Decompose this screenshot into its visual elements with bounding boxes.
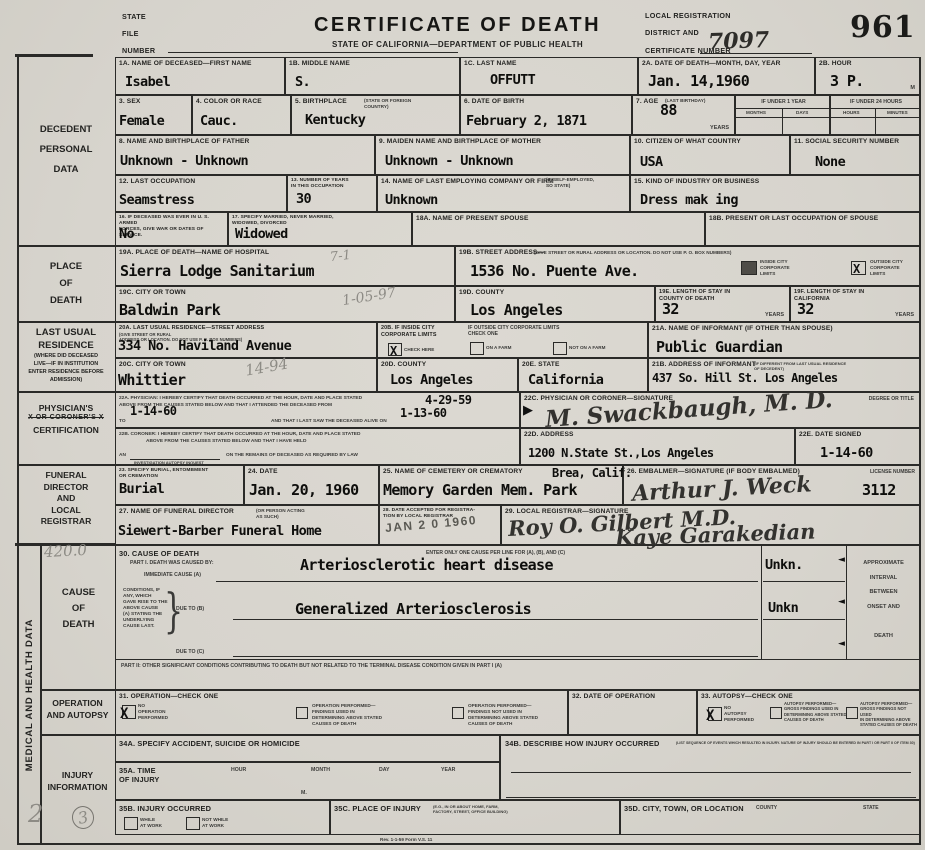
no-autopsy-mark: X: [706, 709, 714, 723]
field-34b-sublabel: (LIST SEQUENCE OF EVENTS WHICH RESULTED …: [676, 741, 916, 745]
field-19e-value: 32: [662, 302, 679, 317]
hour-label: HOUR: [231, 767, 246, 774]
field-1b-value: S.: [295, 76, 310, 90]
cause-c-underline: [233, 656, 758, 657]
cause-a-underline: [216, 581, 758, 582]
field-33: 33. AUTOPSY—CHECK ONE X NO AUTOPSY PERFO…: [697, 690, 920, 735]
field-30-label: 30. CAUSE OF DEATH: [119, 549, 199, 558]
pencil-mark-2: 2: [28, 800, 43, 828]
field-22a-from-date: 4-29-59: [425, 394, 471, 406]
interval-b-value: Unkn: [768, 602, 798, 616]
field-21a-value: Public Guardian: [656, 340, 782, 355]
field-34b-label: 34B. DESCRIBE HOW INJURY OCCURRED: [505, 739, 659, 748]
month-label: MONTH: [311, 767, 330, 774]
field-11-value: None: [815, 156, 845, 170]
field-12-label: 12. LAST OCCUPATION: [119, 178, 195, 186]
form-revision-footer: Rev. 1-1-59 Form V.S. 11: [380, 837, 432, 843]
field-35c-sublabel: (E.G., IN OR ABOUT HOME, FARM, FACTORY, …: [433, 804, 508, 814]
sidebar-coroner-struck-label: X OR CORONER'S X: [17, 414, 115, 421]
divider: [875, 108, 876, 134]
autopsy-findings-used-checkbox: [770, 707, 782, 719]
day-label: DAY: [379, 767, 389, 774]
field-35c-label: 35C. PLACE OF INJURY: [334, 804, 421, 813]
field-9-value: Unknown - Unknown: [385, 155, 513, 169]
interval-a-value: Unkn.: [765, 559, 803, 573]
sidebar-certification-label: CERTIFICATION: [17, 425, 115, 437]
not-while-at-work-checkbox: [186, 817, 200, 830]
field-8-value: Unknown - Unknown: [120, 155, 248, 169]
sidebar-physician-label: PHYSICIAN'S: [17, 403, 115, 415]
divider: [782, 108, 783, 134]
sidebar-divider: [42, 734, 115, 736]
degree-or-title-label: DEGREE OR TITLE: [869, 396, 914, 402]
sidebar-divider: [17, 321, 115, 323]
cause-a-value: Arteriosclerotic heart disease: [300, 558, 553, 573]
check-here-mark: X: [390, 345, 397, 357]
district-and-label: DISTRICT AND: [645, 29, 699, 36]
interval-header: APPROXIMATE INTERVAL BETWEEN ONSET AND D…: [848, 556, 919, 643]
operation-findings-used-label: OPERATION PERFORMED— FINDINGS USED IN DE…: [312, 703, 382, 727]
field-11: 11. SOCIAL SECURITY NUMBER: [790, 135, 920, 175]
field-31-label: 31. OPERATION—CHECK ONE: [119, 693, 218, 701]
field-11-label: 11. SOCIAL SECURITY NUMBER: [794, 138, 899, 146]
field-33-label: 33. AUTOPSY—CHECK ONE: [701, 693, 793, 701]
field-7b-days-label: DAYS: [796, 110, 808, 116]
field-19a-value: Sierra Lodge Sanitarium: [120, 264, 314, 279]
field-22b-line3: AN: [119, 453, 126, 459]
field-1b-label: 1B. MIDDLE NAME: [289, 60, 350, 68]
sidebar-decedent-label: DECEDENT PERSONAL DATA: [17, 120, 115, 180]
field-31: 31. OPERATION—CHECK ONE X NO OPERATION P…: [115, 690, 568, 735]
field-22d-label: 22D. ADDRESS: [524, 431, 574, 439]
field-19f-value: 32: [797, 302, 814, 317]
field-35a-label: 35A. TIME OF INJURY: [119, 766, 160, 785]
due-c-label: DUE TO (C): [176, 649, 204, 656]
conditions-label: CONDITIONS, IF ANY, WHICH GAVE RISE TO T…: [123, 588, 168, 630]
field-7: 7. AGE (LAST BIRTHDAY) YEARS: [632, 95, 735, 135]
interval-a-underline: [763, 581, 845, 582]
no-operation-mark: X: [120, 707, 128, 721]
sidebar-cause-label: CAUSE OF DEATH: [42, 585, 115, 633]
field-1b: 1B. MIDDLE NAME: [285, 57, 460, 95]
field-19d-value: Los Angeles: [470, 303, 563, 318]
field-2b-m-label: M: [910, 85, 915, 92]
sidebar-residence-label: LAST USUAL RESIDENCE: [17, 327, 115, 353]
field-20c-value: Whittier: [118, 373, 185, 388]
field-34b: 34B. DESCRIBE HOW INJURY OCCURRED (LIST …: [500, 735, 920, 800]
field-23-label: 23. SPECIFY BURIAL, ENTOMBMENT OR CREMAT…: [119, 468, 208, 480]
interval-arrow-icon: ◄: [838, 598, 845, 607]
operation-findings-not-used-label: OPERATION PERFORMED— FINDINGS NOT USED I…: [468, 703, 538, 727]
field-19b-inside-label: INSIDE CITY CORPORATE LIMITS: [760, 259, 790, 277]
field-2b-label: 2B. HOUR: [819, 60, 852, 68]
not-while-at-work-label: NOT WHILE AT WORK: [202, 817, 228, 829]
field-34a-label: 34A. SPECIFY ACCIDENT, SUICIDE OR HOMICI…: [119, 739, 300, 748]
page-title: CERTIFICATE OF DEATH: [285, 14, 630, 37]
field-19b-label: 19B. STREET ADDRESS—: [459, 249, 544, 257]
check-here-label: CHECK HERE: [404, 347, 434, 353]
autopsy-findings-not-used-label: AUTOPSY PERFORMED— GROSS FINDINGS NOT US…: [860, 701, 919, 727]
sidebar-residence-note: (WHERE DID DECEASED LIVE—IF IN INSTITUTI…: [17, 352, 115, 384]
field-7-value: 88: [660, 103, 677, 118]
bottom-rule: [115, 843, 920, 845]
field-3-value: Female: [119, 115, 164, 129]
field-10-value: USA: [640, 156, 663, 170]
field-19b-outside-label: OUTSIDE CITY CORPORATE LIMITS: [870, 259, 903, 277]
field-5-label: 5. BIRTHPLACE: [295, 98, 347, 106]
field-25-value: Memory Garden Mem. Park: [383, 483, 577, 498]
inside-city-checkbox: [741, 261, 757, 275]
field-7-under-1-year: IF UNDER 1 YEAR MONTHS DAYS: [735, 95, 830, 135]
field-2a-label: 2A. DATE OF DEATH—MONTH, DAY, YEAR: [642, 60, 781, 68]
field-7-years-label: YEARS: [710, 125, 729, 132]
field-20b-label: 20B. IF INSIDE CITY CORPORATE LIMITS: [381, 325, 437, 339]
while-at-work-label: WHILE AT WORK: [140, 817, 162, 829]
no-operation-label: NO OPERATION PERFORMED: [138, 703, 168, 721]
field-7b-months-label: MONTHS: [746, 110, 766, 116]
autopsy-findings-used-label: AUTOPSY PERFORMED— GROSS FINDINGS USED I…: [784, 701, 847, 722]
interval-label-divider: [846, 546, 847, 659]
field-19a-annotation: 7-1: [329, 248, 351, 265]
field-19b-sublabel: (GIVE STREET OR RURAL ADDRESS OR LOCATIO…: [534, 250, 732, 256]
field-7-label: 7. AGE: [636, 98, 658, 106]
field-25-label: 25. NAME OF CEMETERY OR CREMATORY: [383, 468, 523, 476]
field-4-label: 4. COLOR OR RACE: [196, 98, 262, 106]
field-5-value: Kentucky: [305, 114, 365, 128]
field-22b-line4: ON THE REMAINS OF DECEASED AS REQUIRED B…: [226, 453, 358, 459]
field-22a-to-date: 1-14-60: [130, 405, 176, 417]
county-label: COUNTY: [756, 805, 777, 811]
cause-code-handwritten: 420.0: [44, 541, 88, 561]
field-15-label: 15. KIND OF INDUSTRY OR BUSINESS: [634, 178, 759, 186]
field-27-value: Siewert-Barber Funeral Home: [118, 525, 321, 539]
write-line: [506, 797, 916, 798]
cause-b-value: Generalized Arteriosclerosis: [295, 602, 531, 617]
interval-b-underline: [763, 619, 845, 620]
field-16-value: No: [119, 228, 134, 242]
field-7-under-24-hours: IF UNDER 24 HOURS HOURS MINUTES: [830, 95, 920, 135]
field-27-sublabel: (OR PERSON ACTING AS SUCH): [256, 508, 305, 520]
immediate-cause-label: IMMEDIATE CAUSE (A): [144, 572, 201, 579]
field-18b-label: 18B. PRESENT OR LAST OCCUPATION OF SPOUS…: [709, 215, 878, 223]
sidebar-divider: [17, 464, 115, 466]
certificate-number-value: 7097: [708, 27, 770, 55]
field-21b-label: 21B. ADDRESS OF INFORMANT: [652, 361, 756, 369]
field-32: 32. DATE OF OPERATION: [568, 690, 697, 735]
write-line: [511, 772, 911, 773]
field-7c-hours-label: HOURS: [843, 110, 860, 116]
field-1a-value: Isabel: [125, 76, 170, 90]
field-2b-value: 3 P.: [830, 74, 864, 89]
field-27-label: 27. NAME OF FUNERAL DIRECTOR: [119, 508, 234, 516]
operation-findings-not-used-checkbox: [452, 707, 464, 719]
outside-city-check-mark: X: [853, 263, 860, 275]
state-file-underline: [168, 52, 458, 53]
field-22e-value: 1-14-60: [820, 447, 873, 461]
field-26-license-value: 3112: [862, 483, 896, 498]
cause-b-underline: [233, 619, 758, 620]
field-13-value: 30: [296, 193, 311, 207]
field-1c-label: 1C. LAST NAME: [464, 60, 517, 68]
not-on-a-farm-checkbox: [553, 342, 567, 355]
part2-divider: [116, 659, 919, 660]
field-14-value: Unknown: [385, 194, 438, 208]
field-22a-line4: AND THAT I LAST SAW THE DECEASED ALIVE O…: [271, 419, 387, 425]
field-20a-label: 20A. LAST USUAL RESIDENCE—STREET ADDRESS: [119, 325, 264, 332]
field-21b-sublabel: (IF DIFFERENT FROM LAST USUAL RESIDENCE …: [754, 361, 846, 371]
part1-label: PART I. DEATH WAS CAUSED BY:: [130, 560, 214, 567]
field-7c-minutes-label: MINUTES: [887, 110, 908, 116]
field-8-label: 8. NAME AND BIRTHPLACE OF FATHER: [119, 138, 249, 146]
field-14-label: 14. NAME OF LAST EMPLOYING COMPANY OR FI…: [381, 178, 554, 186]
field-22d-value: 1200 N.State St.,Los Angeles: [528, 447, 714, 459]
field-24-value: Jan. 20, 1960: [249, 483, 359, 498]
year-label: YEAR: [441, 767, 455, 774]
interval-arrow-icon: ◄: [838, 556, 845, 565]
field-10-label: 10. CITIZEN OF WHAT COUNTRY: [634, 138, 741, 146]
field-4-value: Cauc.: [200, 115, 238, 129]
field-18a-label: 18A. NAME OF PRESENT SPOUSE: [416, 215, 529, 223]
field-19f-years-label: YEARS: [895, 312, 914, 319]
on-a-farm-label: ON A FARM: [486, 345, 511, 351]
field-15-value: Dress mak ing: [640, 194, 738, 208]
part2-label: PART II: OTHER SIGNIFICANT CONDITIONS CO…: [121, 663, 502, 670]
field-24-label: 24. DATE: [248, 468, 278, 476]
field-22b-line2: ABOVE FROM THE CAUSES STATED BELOW AND T…: [146, 439, 306, 445]
field-5-sublabel: (STATE OR FOREIGN COUNTRY): [364, 98, 411, 110]
field-35b-label: 35B. INJURY OCCURRED: [119, 804, 211, 813]
field-19b-value: 1536 No. Puente Ave.: [470, 264, 639, 279]
field-25-annotation: Brea, Calif.: [552, 467, 632, 479]
field-23-value: Burial: [119, 483, 164, 497]
field-20d-label: 20D. COUNTY: [381, 361, 426, 369]
divider: [736, 117, 829, 118]
field-22a-line1: 22A. PHYSICIAN: I HEREBY CERTIFY THAT DE…: [119, 396, 362, 402]
field-19a-label: 19A. PLACE OF DEATH—NAME OF HOSPITAL: [119, 249, 269, 257]
no-autopsy-label: NO AUTOPSY PERFORMED: [724, 705, 754, 723]
field-18b: 18B. PRESENT OR LAST OCCUPATION OF SPOUS…: [705, 212, 920, 246]
field-6-label: 6. DATE OF BIRTH: [464, 98, 524, 106]
field-19e-years-label: YEARS: [765, 312, 784, 319]
field-14-sublabel: (IF SELF-EMPLOYED, SO STATE): [546, 177, 594, 189]
field-1c-value: OFFUTT: [490, 74, 535, 88]
number-label: NUMBER: [122, 47, 155, 54]
field-20c-label: 20C. CITY OR TOWN: [119, 361, 186, 369]
license-number-label: LICENSE NUMBER: [870, 469, 915, 475]
field-21b-value: 437 So. Hill St. Los Angeles: [652, 372, 838, 384]
on-a-farm-checkbox: [470, 342, 484, 355]
page-subtitle: STATE OF CALIFORNIA—DEPARTMENT OF PUBLIC…: [285, 40, 630, 49]
field-35a: 35A. TIME OF INJURY HOUR MONTH DAY YEAR …: [115, 762, 500, 800]
field-3-label: 3. SEX: [119, 98, 140, 106]
field-34a: 34A. SPECIFY ACCIDENT, SUICIDE OR HOMICI…: [115, 735, 500, 762]
operation-findings-used-checkbox: [296, 707, 308, 719]
sidebar-funeral-label: FUNERAL DIRECTOR AND LOCAL REGISTRAR: [17, 470, 115, 528]
sidebar-divider: [17, 245, 115, 247]
field-22b: 22B. CORONER: I HEREBY CERTIFY THAT DEAT…: [115, 428, 520, 465]
field-35b: 35B. INJURY OCCURRED WHILE AT WORK NOT W…: [115, 800, 330, 835]
field-2a-value: Jan. 14,1960: [648, 74, 749, 89]
field-20d-value: Los Angeles: [390, 374, 473, 388]
while-at-work-checkbox: [124, 817, 138, 830]
interval-col-divider: [761, 546, 762, 659]
field-19c-value: Baldwin Park: [119, 303, 220, 318]
outside-limits-title: IF OUTSIDE CITY CORPORATE LIMITS CHECK O…: [468, 325, 559, 338]
field-1c: 1C. LAST NAME: [460, 57, 638, 95]
field-22a-line3: TO: [119, 419, 126, 425]
sidebar-divider: [17, 391, 115, 393]
sidebar-injury-label: INJURY INFORMATION: [40, 770, 115, 793]
divider: [831, 117, 919, 118]
file-label: FILE: [122, 30, 139, 37]
local-registration-label: LOCAL REGISTRATION: [645, 12, 731, 19]
field-35d: 35D. CITY, TOWN, OR LOCATION COUNTY STAT…: [620, 800, 920, 835]
signature-arrow-icon: ▶: [523, 404, 533, 417]
field-35c: 35C. PLACE OF INJURY (E.G., IN OR ABOUT …: [330, 800, 620, 835]
field-21a-label: 21A. NAME OF INFORMANT (IF OTHER THAN SP…: [652, 325, 833, 333]
document-number: 961: [850, 10, 916, 45]
field-7b-label: IF UNDER 1 YEAR: [736, 99, 831, 106]
field-22e-label: 22E. DATE SIGNED: [799, 431, 861, 439]
field-9-label: 9. MAIDEN NAME AND BIRTHPLACE OF MOTHER: [379, 138, 541, 146]
field-22b-line1: 22B. CORONER: I HEREBY CERTIFY THAT DEAT…: [119, 432, 360, 438]
field-18a: 18A. NAME OF PRESENT SPOUSE: [412, 212, 705, 246]
state-label: STATE: [863, 805, 879, 811]
field-7c-label: IF UNDER 24 HOURS: [831, 99, 921, 106]
field-6-value: February 2, 1871: [466, 115, 586, 129]
field-20b: 20B. IF INSIDE CITY CORPORATE LIMITS X C…: [377, 322, 648, 358]
field-20a-value: 334 No. Haviland Avenue: [118, 340, 291, 354]
field-16-label: 16. IF DECEASED WAS EVER IN U. S. ARMED …: [119, 215, 227, 239]
field-35d-label: 35D. CITY, TOWN, OR LOCATION: [624, 804, 744, 813]
field-12-value: Seamstress: [119, 194, 194, 208]
not-on-a-farm-label: NOT ON A FARM: [569, 345, 605, 351]
field-20e-label: 20E. STATE: [522, 361, 560, 369]
sidebar-divider: [42, 689, 115, 691]
field-1a-label: 1A. NAME OF DECEASED—FIRST NAME: [119, 60, 252, 68]
field-20e-value: California: [528, 374, 603, 388]
field-13-label: 13. NUMBER OF YEARS IN THIS OCCUPATION: [291, 178, 349, 190]
field-32-label: 32. DATE OF OPERATION: [572, 693, 655, 701]
conditions-brace: }: [164, 590, 183, 637]
field-19d-label: 19D. COUNTY: [459, 289, 504, 297]
death-certificate-scan: STATE FILE NUMBER CERTIFICATE OF DEATH S…: [0, 0, 925, 850]
interval-arrow-icon: ◄: [838, 640, 845, 649]
sidebar-place-label: PLACE OF DEATH: [17, 258, 115, 309]
right-border: [919, 57, 921, 845]
field-17-value: Widowed: [235, 228, 288, 242]
due-b-label: DUE TO (B): [176, 606, 204, 613]
field-22a-last-seen: 1-13-60: [400, 407, 446, 419]
sidebar-operation-label: OPERATION AND AUTOPSY: [40, 698, 115, 721]
state-label: STATE: [122, 13, 146, 20]
autopsy-findings-not-used-checkbox: [846, 707, 858, 719]
field-19c-label: 19C. CITY OR TOWN: [119, 289, 186, 297]
m-label: M.: [301, 790, 307, 797]
